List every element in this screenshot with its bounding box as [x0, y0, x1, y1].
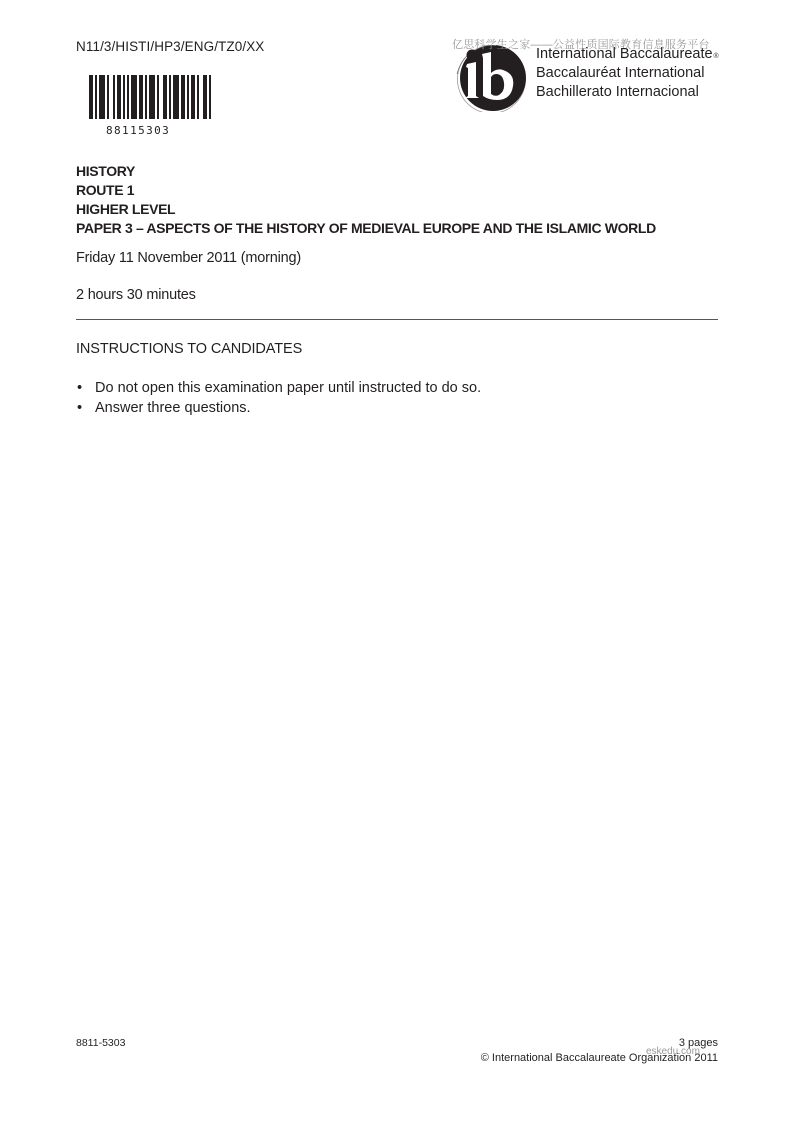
watermark-bottom: eskedu.com: [646, 1046, 700, 1057]
organization-names: International Baccalaureate® Baccalauréa…: [536, 45, 719, 102]
paper-title: PAPER 3 – ASPECTS OF THE HISTORY OF MEDI…: [76, 219, 656, 238]
instruction-item: •Do not open this examination paper unti…: [76, 378, 481, 398]
org-name-english: International Baccalaureate®: [536, 45, 719, 64]
instructions-heading: INSTRUCTIONS TO CANDIDATES: [76, 341, 302, 357]
instruction-item: •Answer three questions.: [76, 398, 481, 418]
divider: [76, 319, 718, 320]
exam-date: Friday 11 November 2011 (morning): [76, 250, 301, 266]
registered-mark: ®: [714, 53, 719, 60]
exam-duration: 2 hours 30 minutes: [76, 287, 196, 303]
bullet-icon: •: [77, 378, 82, 398]
level: HIGHER LEVEL: [76, 200, 656, 219]
org-name-french: Baccalauréat International: [536, 64, 719, 83]
instructions-list: •Do not open this examination paper unti…: [76, 378, 481, 418]
barcode-number: 88115303: [106, 124, 170, 137]
bullet-icon: •: [77, 398, 82, 418]
ib-logo-icon: [455, 44, 527, 112]
paper-title-block: HISTORY ROUTE 1 HIGHER LEVEL PAPER 3 – A…: [76, 162, 656, 238]
footer-paper-code: 8811-5303: [76, 1037, 125, 1049]
subject: HISTORY: [76, 162, 656, 181]
barcode-icon: [89, 75, 211, 119]
reference-code: N11/3/HISTI/HP3/ENG/TZ0/XX: [76, 39, 264, 54]
org-name-spanish: Bachillerato Internacional: [536, 83, 719, 102]
route: ROUTE 1: [76, 181, 656, 200]
